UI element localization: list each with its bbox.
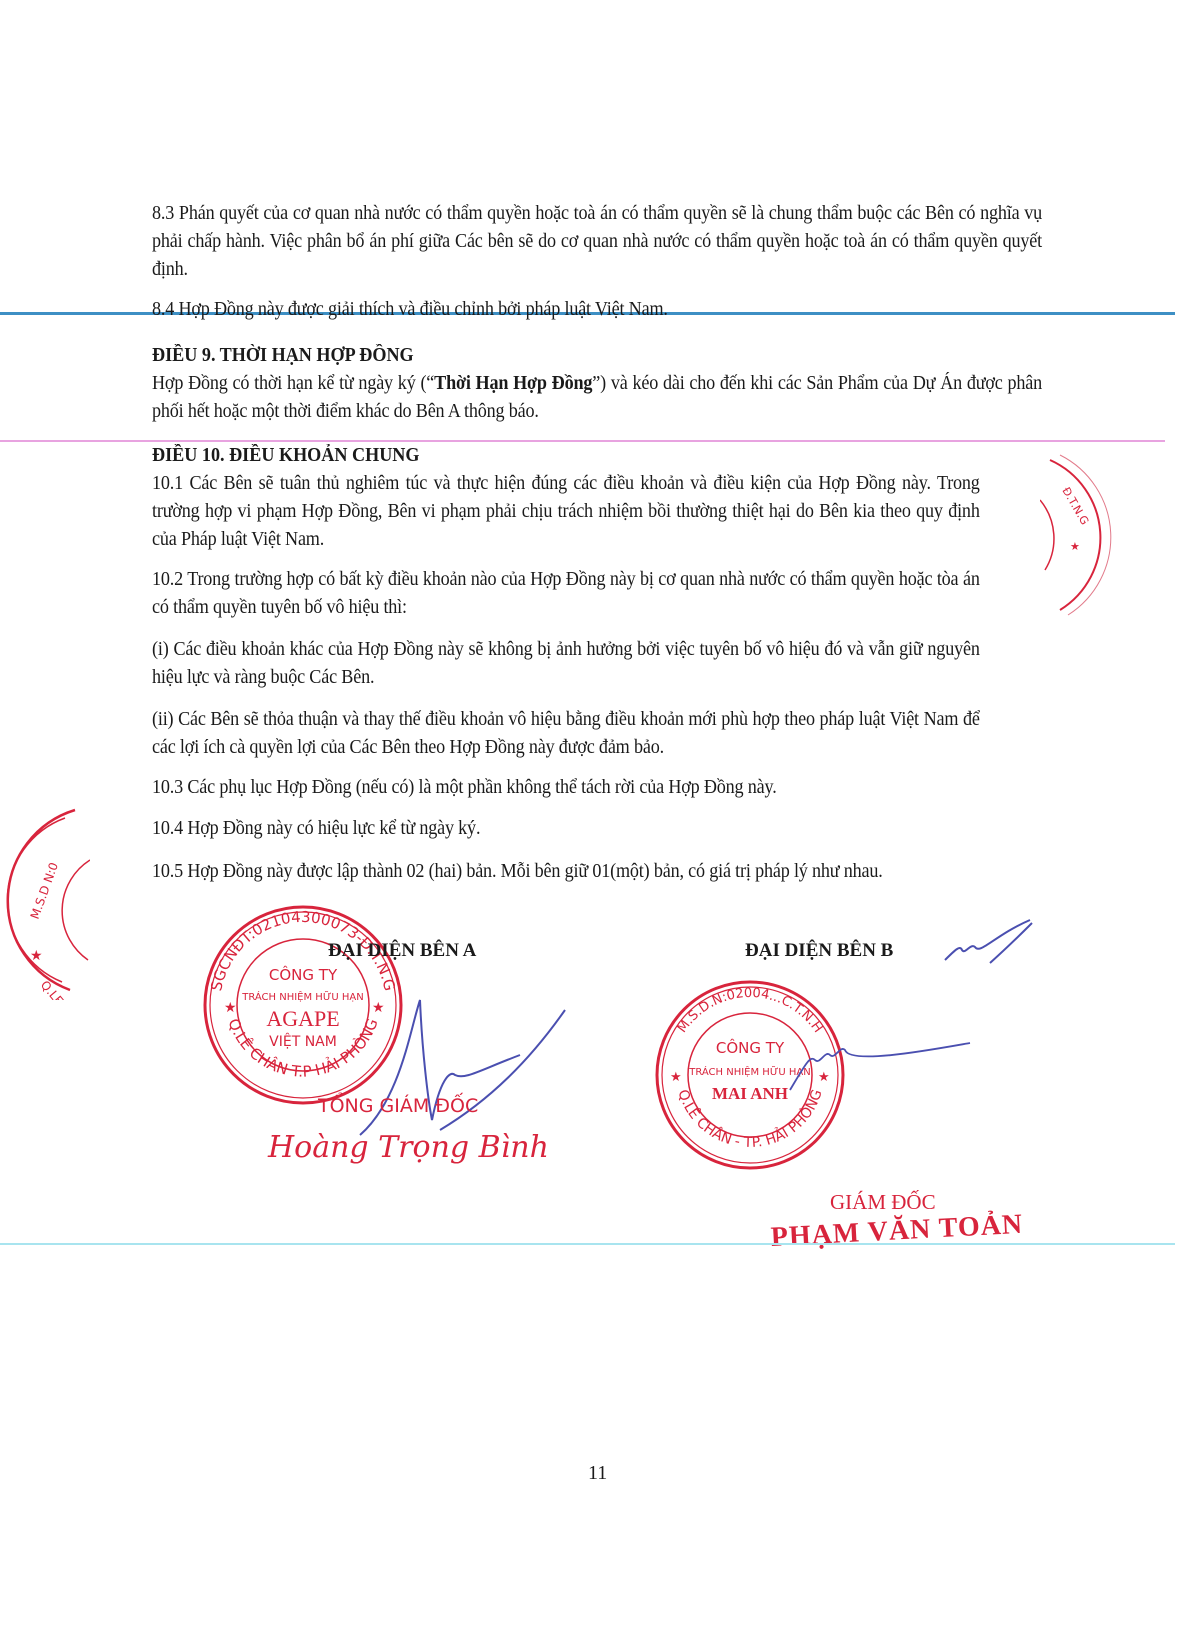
right-margin-stamp: Đ.T.N.G ★ bbox=[1040, 450, 1120, 620]
party-a-label: ĐẠI DIỆN BÊN A bbox=[328, 940, 476, 962]
svg-text:★: ★ bbox=[670, 1069, 682, 1084]
clause-8-4: 8.4 Hợp Đồng này được giải thích và điều… bbox=[152, 296, 1042, 324]
svg-text:M.S.D N:0: M.S.D N:0 bbox=[28, 861, 61, 922]
svg-text:CÔNG TY: CÔNG TY bbox=[716, 1038, 785, 1057]
svg-text:★: ★ bbox=[30, 948, 43, 964]
party-b-signature bbox=[780, 915, 1040, 1115]
article-10-heading: ĐIỀU 10. ĐIỀU KHOẢN CHUNG bbox=[152, 442, 420, 470]
contract-page: 8.3 Phán quyết của cơ quan nhà nước có t… bbox=[0, 0, 1200, 1644]
clause-10-2-i: (i) Các điều khoản khác của Hợp Đồng này… bbox=[152, 636, 980, 692]
scan-line-cyan bbox=[0, 1243, 1175, 1245]
article-9-text: Hợp Đồng có thời hạn kể từ ngày ký (“Thờ… bbox=[152, 370, 1042, 426]
clause-10-2-ii: (ii) Các Bên sẽ thỏa thuận và thay thế đ… bbox=[152, 706, 980, 762]
article-9-text-bold: Thời Hạn Hợp Đồng bbox=[434, 373, 592, 394]
clause-10-3: 10.3 Các phụ lục Hợp Đồng (nếu có) là mộ… bbox=[152, 774, 980, 802]
svg-text:MAI ANH: MAI ANH bbox=[712, 1084, 788, 1103]
clause-10-4: 10.4 Hợp Đồng này có hiệu lực kể từ ngày… bbox=[152, 815, 980, 843]
clause-8-3: 8.3 Phán quyết của cơ quan nhà nước có t… bbox=[152, 200, 1042, 284]
party-a-signature bbox=[290, 990, 570, 1140]
left-margin-stamp: M.S.D N:0 ★ Q.LE bbox=[0, 800, 90, 1000]
article-9-heading: ĐIỀU 9. THỜI HẠN HỢP ĐỒNG bbox=[152, 342, 414, 370]
page-number: 11 bbox=[588, 1462, 607, 1485]
party-b-name: PHẠM VĂN TOẢN bbox=[770, 1209, 1024, 1254]
clause-10-5: 10.5 Hợp Đồng này được lập thành 02 (hai… bbox=[152, 858, 980, 886]
svg-text:CÔNG TY: CÔNG TY bbox=[269, 965, 338, 984]
svg-text:★: ★ bbox=[224, 1001, 237, 1016]
party-a-title: TỔNG GIÁM ĐỐC bbox=[318, 1095, 478, 1117]
article-9-text-before: Hợp Đồng có thời hạn kể từ ngày ký (“ bbox=[152, 373, 434, 394]
clause-10-2: 10.2 Trong trường hợp có bất kỳ điều kho… bbox=[152, 566, 980, 622]
party-b-title: GIÁM ĐỐC bbox=[830, 1190, 936, 1215]
svg-text:★: ★ bbox=[1070, 540, 1080, 553]
party-a-name: Hoàng Trọng Bình bbox=[268, 1130, 549, 1165]
clause-10-1: 10.1 Các Bên sẽ tuân thủ nghiêm túc và t… bbox=[152, 470, 980, 554]
